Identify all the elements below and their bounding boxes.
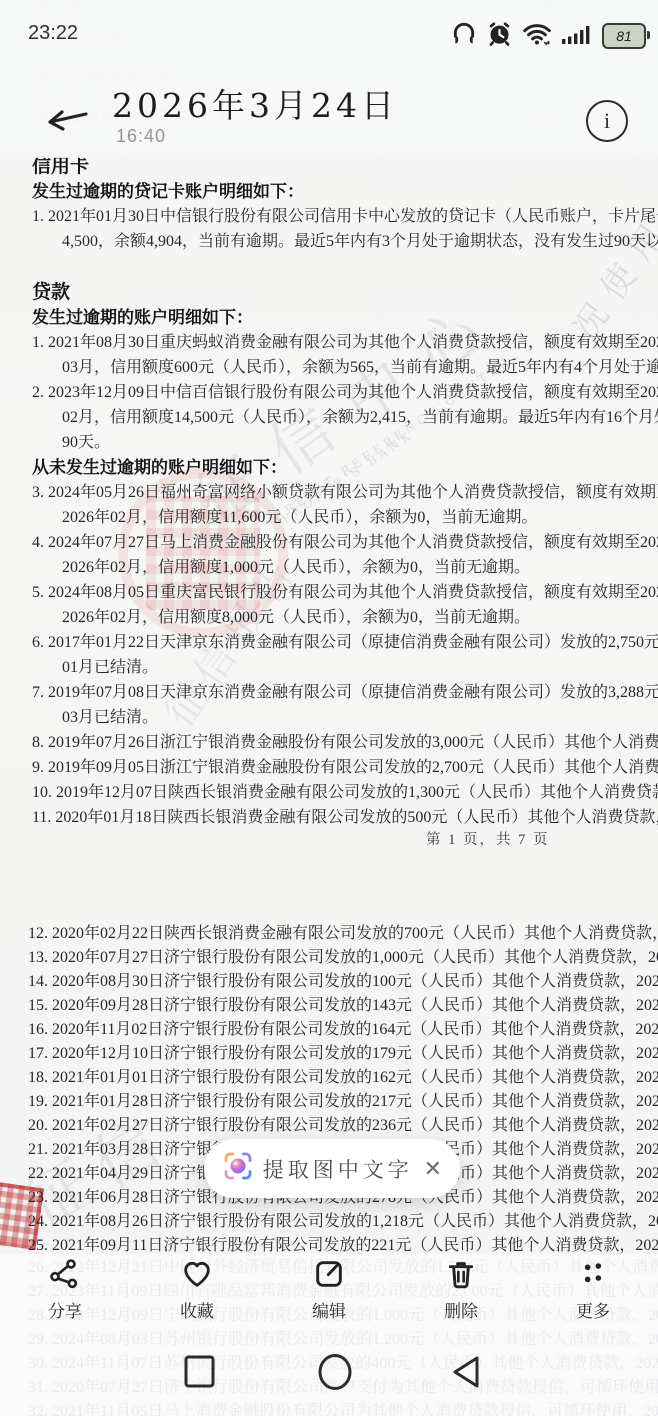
trash-icon (445, 1258, 477, 1290)
close-icon[interactable]: ✕ (422, 1154, 444, 1184)
battery-level: 81 (616, 28, 632, 44)
photo-date-title: 2026年3月24日 (112, 80, 398, 127)
photo-background: 账户数1--10未销户账户数1--3发生过逾期的账户数1--2发生过90天以上逾… (0, 0, 658, 1416)
doc-line: 14. 2020年08月30日济宁银行股份有限公司发放的100元（人民币）其他个… (0, 970, 658, 994)
share-button[interactable]: 分享 (25, 1258, 105, 1322)
doc-line: 90天。 (0, 430, 658, 455)
doc-line: 9. 2019年09月05日浙江宁银消费金融股份有限公司发放的2,700元（人民… (0, 755, 658, 780)
extract-text-label: 提取图中文字 (254, 1154, 422, 1184)
home-circle-icon[interactable] (315, 1352, 355, 1397)
doc-line: 16. 2020年11月02日济宁银行股份有限公司发放的164元（人民币）其他个… (0, 1018, 658, 1042)
section-heading: 发生过逾期的贷记卡账户明细如下： (0, 179, 658, 204)
doc-line: 03月，信用额度600元（人民币），余额为565，当前有逾期。最近5年内有4个月… (0, 355, 658, 380)
ocr-scan-icon (222, 1150, 254, 1187)
delete-button[interactable]: 删除 (421, 1258, 501, 1322)
back-arrow-icon[interactable] (40, 96, 92, 140)
page-number: 第 1 页，共 7 页 (426, 828, 550, 849)
section-heading: 从未发生过逾期的账户明细如下： (0, 455, 658, 480)
section-title: 贷款 (0, 280, 658, 305)
headset-icon (451, 21, 477, 52)
signal-icon (561, 21, 593, 52)
doc-line: 20. 2021年02月27日济宁银行股份有限公司发放的236元（人民币）其他个… (0, 1114, 658, 1138)
doc-line: 24. 2021年08月26日济宁银行股份有限公司发放的1,218元（人民币）其… (0, 1210, 658, 1234)
credit-report-page-2: 12. 2020年02月22日陕西长银消费金融有限公司发放的700元（人民币）其… (0, 922, 658, 1258)
doc-line: 1. 2021年08月30日重庆蚂蚁消费金融有限公司为其他个人消费贷款授信，额度… (0, 330, 658, 355)
doc-line: 19. 2021年01月28日济宁银行股份有限公司发放的217元（人民币）其他个… (0, 1090, 658, 1114)
doc-line: 5. 2024年08月05日重庆富民银行股份有限公司为其他个人消费贷款授信，额度… (0, 580, 658, 605)
doc-line: 18. 2021年01月01日济宁银行股份有限公司发放的162元（人民币）其他个… (0, 1066, 658, 1090)
doc-line: 17. 2020年12月10日济宁银行股份有限公司发放的179元（人民币）其他个… (0, 1042, 658, 1066)
alarm-icon (486, 20, 513, 52)
edit-icon (313, 1258, 345, 1290)
doc-line: 03月已结清。 (0, 705, 658, 730)
credit-report-page-1: 信用卡发生过逾期的贷记卡账户明细如下：1. 2021年01月30日中信银行股份有… (0, 154, 658, 830)
back-triangle-icon[interactable] (448, 1352, 488, 1397)
battery-icon: 81 (602, 23, 646, 49)
favorite-button[interactable]: 收藏 (157, 1258, 237, 1322)
doc-line: 10. 2019年12月07日陕西长银消费金融有限公司发放的1,300元（人民币… (0, 780, 658, 805)
status-time: 23:22 (28, 22, 78, 45)
doc-line (0, 254, 658, 280)
doc-line: 12. 2020年02月22日陕西长银消费金融有限公司发放的700元（人民币）其… (0, 922, 658, 946)
doc-line: 13. 2020年07月27日济宁银行股份有限公司发放的1,000元（人民币）其… (0, 946, 658, 970)
doc-line: 4. 2024年07月27日马上消费金融股份有限公司为其他个人消费贷款授信，额度… (0, 530, 658, 555)
doc-line: 1. 2021年01月30日中信银行股份有限公司信用卡中心发放的贷记卡（人民币账… (0, 204, 658, 229)
top-overlay: 23:22 81 2026年3月24日 16:40 i (0, 0, 658, 158)
doc-line: 8. 2019年07月26日浙江宁银消费金融股份有限公司发放的3,000元（人民… (0, 730, 658, 755)
heart-icon (180, 1258, 214, 1290)
more-label: 更多 (576, 1297, 610, 1322)
status-icons: 81 (451, 20, 646, 52)
info-icon[interactable]: i (586, 100, 628, 142)
share-label: 分享 (48, 1297, 82, 1322)
more-dots-label-icon-wrap: 删除 (444, 1297, 478, 1322)
doc-line: 3. 2024年05月26日福州奇富网络小额贷款有限公司为其他个人消费贷款授信，… (0, 480, 658, 505)
doc-line: 2026年02月，信用额度8,000元（人民币），余额为0，当前无逾期。 (0, 605, 658, 630)
more-button[interactable]: 更多 (553, 1258, 633, 1322)
section-heading: 发生过逾期的账户明细如下： (0, 305, 658, 330)
edit-label: 编辑 (312, 1297, 346, 1322)
doc-line: 02月，信用额度14,500元（人民币），余额为2,415，当前有逾期。最近5年… (0, 405, 658, 430)
photo-time-subtitle: 16:40 (116, 126, 166, 147)
doc-line: 2. 2023年12月09日中信百信银行股份有限公司为其他个人消费贷款授信，额度… (0, 380, 658, 405)
edit-button[interactable]: 编辑 (289, 1258, 369, 1322)
more-dots-icon (577, 1258, 609, 1290)
android-navigation-bar (0, 1348, 658, 1408)
doc-line: 6. 2017年01月22日天津京东消费金融有限公司（原捷信消费金融有限公司）发… (0, 630, 658, 655)
favorite-label: 收藏 (180, 1297, 214, 1322)
photo-action-toolbar: 分享 收藏 编辑 删除 更多 (0, 1258, 658, 1322)
doc-line: 11. 2020年01月18日陕西长银消费金融有限公司发放的500元（人民币）其… (0, 805, 658, 830)
recents-square-icon[interactable] (180, 1352, 218, 1395)
doc-line: 2026年02月，信用额度11,600元（人民币），余额为0，当前无逾期。 (0, 505, 658, 530)
doc-line: 15. 2020年09月28日济宁银行股份有限公司发放的143元（人民币）其他个… (0, 994, 658, 1018)
wifi-icon (522, 20, 552, 52)
doc-line: 7. 2019年07月08日天津京东消费金融有限公司（原捷信消费金融有限公司）发… (0, 680, 658, 705)
share-icon (49, 1258, 81, 1290)
doc-line: 2026年02月，信用额度1,000元（人民币），余额为0，当前无逾期。 (0, 555, 658, 580)
extract-text-pill[interactable]: 提取图中文字 ✕ (204, 1139, 460, 1198)
doc-line: 4,500，余额4,904，当前有逾期。最近5年内有3个月处于逾期状态，没有发生… (0, 229, 658, 254)
doc-line: 01月已结清。 (0, 655, 658, 680)
